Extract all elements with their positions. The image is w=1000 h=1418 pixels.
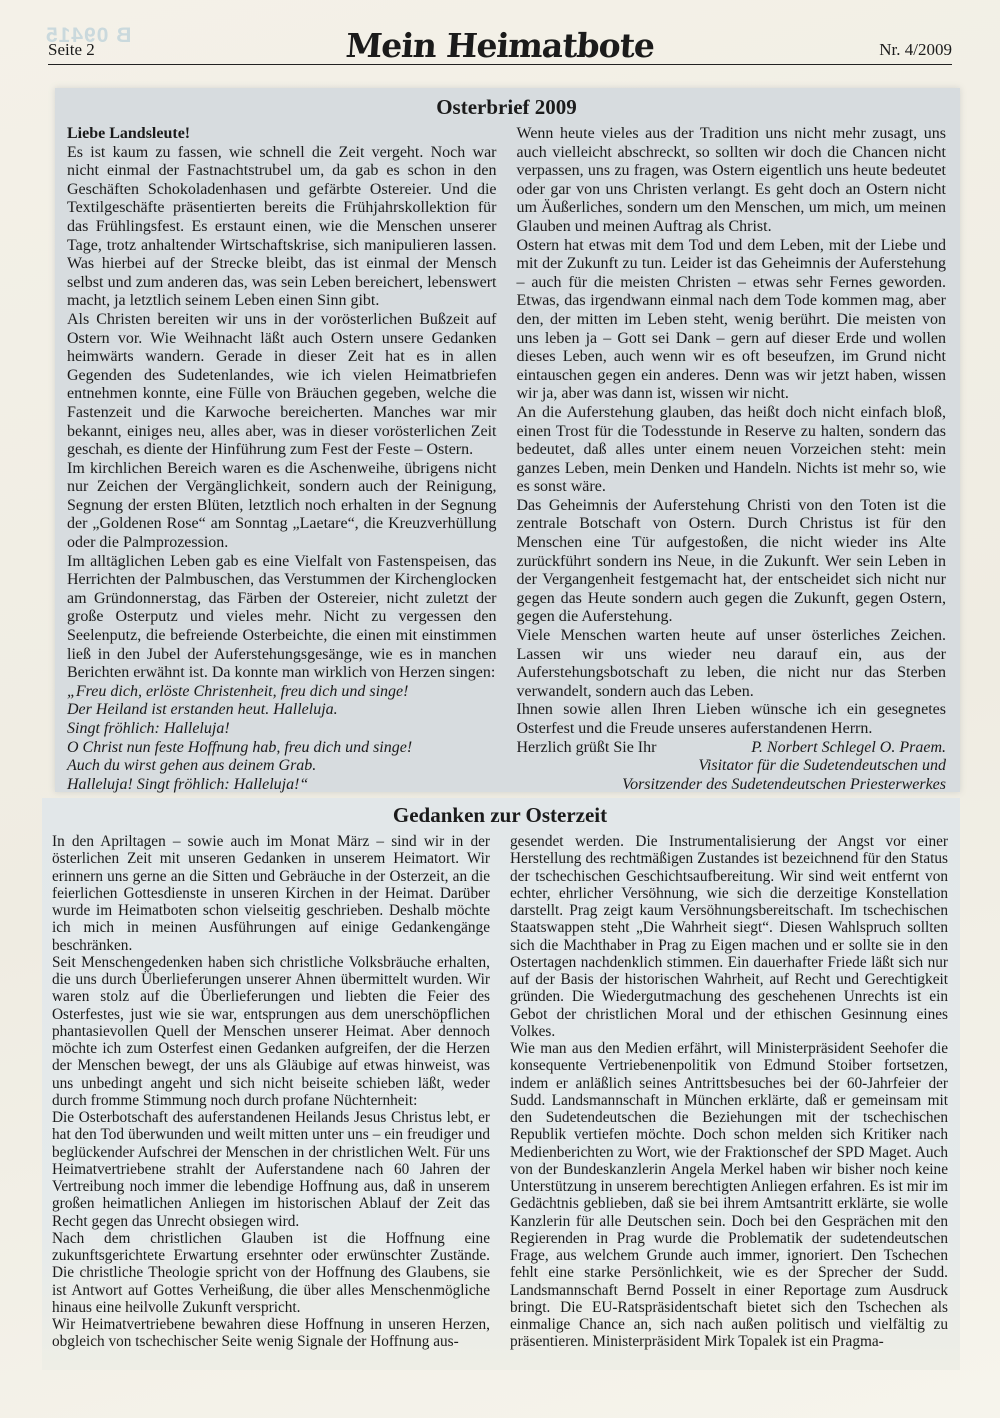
signature-role: Vorsitzender des Sudetendeutschen Priest… (517, 776, 947, 795)
issue-number: Nr. 4/2009 (879, 40, 952, 60)
paragraph: Ostern hat etwas mit dem Tod und dem Leb… (517, 237, 947, 404)
verse-line: „Freu dich, erlöste Christenheit, freu d… (67, 683, 497, 702)
paragraph: Es ist kaum zu fassen, wie schnell die Z… (67, 144, 497, 311)
signature-name: P. Norbert Schlegel O. Praem. (751, 739, 946, 758)
paragraph: Im kirchlichen Bereich waren es die Asch… (67, 460, 497, 553)
paragraph: Nach dem christlichen Glauben ist die Ho… (52, 1230, 490, 1316)
article-gedanken: Gedanken zur Osterzeit In den Apriltagen… (42, 798, 960, 1370)
osterbrief-columns: Liebe Landsleute! Es ist kaum zu fassen,… (67, 125, 946, 794)
article-osterbrief-title: Osterbrief 2009 (67, 95, 946, 120)
gedanken-right-column: gesendet werden. Die Instrumentalisierun… (510, 833, 948, 1351)
paragraph: Im alltäglichen Leben gab es eine Vielfa… (67, 553, 497, 683)
paragraph: Seit Menschengedenken haben sich christl… (52, 954, 490, 1109)
paragraph: Als Christen bereiten wir uns in der vor… (67, 311, 497, 460)
signature-row: Herzlich grüßt Sie Ihr P. Norbert Schleg… (517, 739, 947, 758)
paragraph: Wie man aus den Medien erfährt, will Min… (510, 1040, 948, 1351)
gedanken-columns: In den Apriltagen – sowie auch im Monat … (52, 833, 948, 1351)
paragraph: gesendet werden. Die Instrumentalisierun… (510, 833, 948, 1040)
verse-line: Der Heiland ist erstanden heut. Halleluj… (67, 701, 497, 720)
verse-line: Auch du wirst gehen aus deinem Grab. (67, 757, 497, 776)
salutation: Liebe Landsleute! (67, 125, 497, 144)
header-divider (48, 64, 952, 65)
paragraph: Das Geheimnis der Auferstehung Christi v… (517, 497, 947, 627)
paragraph: Ihnen sowie allen Ihren Lieben wünsche i… (517, 701, 947, 738)
closing-greeting: Herzlich grüßt Sie Ihr (517, 739, 657, 758)
paragraph: An die Auferstehung glauben, das heißt d… (517, 404, 947, 497)
masthead-title: Mein Heimatbote (0, 26, 1000, 65)
hymn-verse: „Freu dich, erlöste Christenheit, freu d… (67, 683, 497, 795)
paragraph: Wenn heute vieles aus der Tradition uns … (517, 125, 947, 237)
signature-role: Visitator für die Sudetendeutschen und (517, 757, 947, 776)
article-osterbrief: Osterbrief 2009 Liebe Landsleute! Es ist… (55, 88, 960, 792)
paragraph: Die Osterbotschaft des auferstandenen He… (52, 1109, 490, 1230)
verse-line: Halleluja! Singt fröhlich: Halleluja!“ (67, 776, 497, 795)
gedanken-left-column: In den Apriltagen – sowie auch im Monat … (52, 833, 490, 1351)
verse-line: O Christ nun feste Hoffnung hab, freu di… (67, 739, 497, 758)
page-header: B 09415 Seite 2 Mein Heimatbote Nr. 4/20… (0, 0, 1000, 70)
paragraph: Viele Menschen warten heute auf unser ös… (517, 627, 947, 701)
article-gedanken-title: Gedanken zur Osterzeit (52, 803, 948, 828)
osterbrief-left-column: Liebe Landsleute! Es ist kaum zu fassen,… (67, 125, 497, 794)
osterbrief-right-column: Wenn heute vieles aus der Tradition uns … (517, 125, 947, 794)
verse-line: Singt fröhlich: Halleluja! (67, 720, 497, 739)
paragraph: Wir Heimatvertriebene bewahren diese Hof… (52, 1316, 490, 1351)
paragraph: In den Apriltagen – sowie auch im Monat … (52, 833, 490, 954)
